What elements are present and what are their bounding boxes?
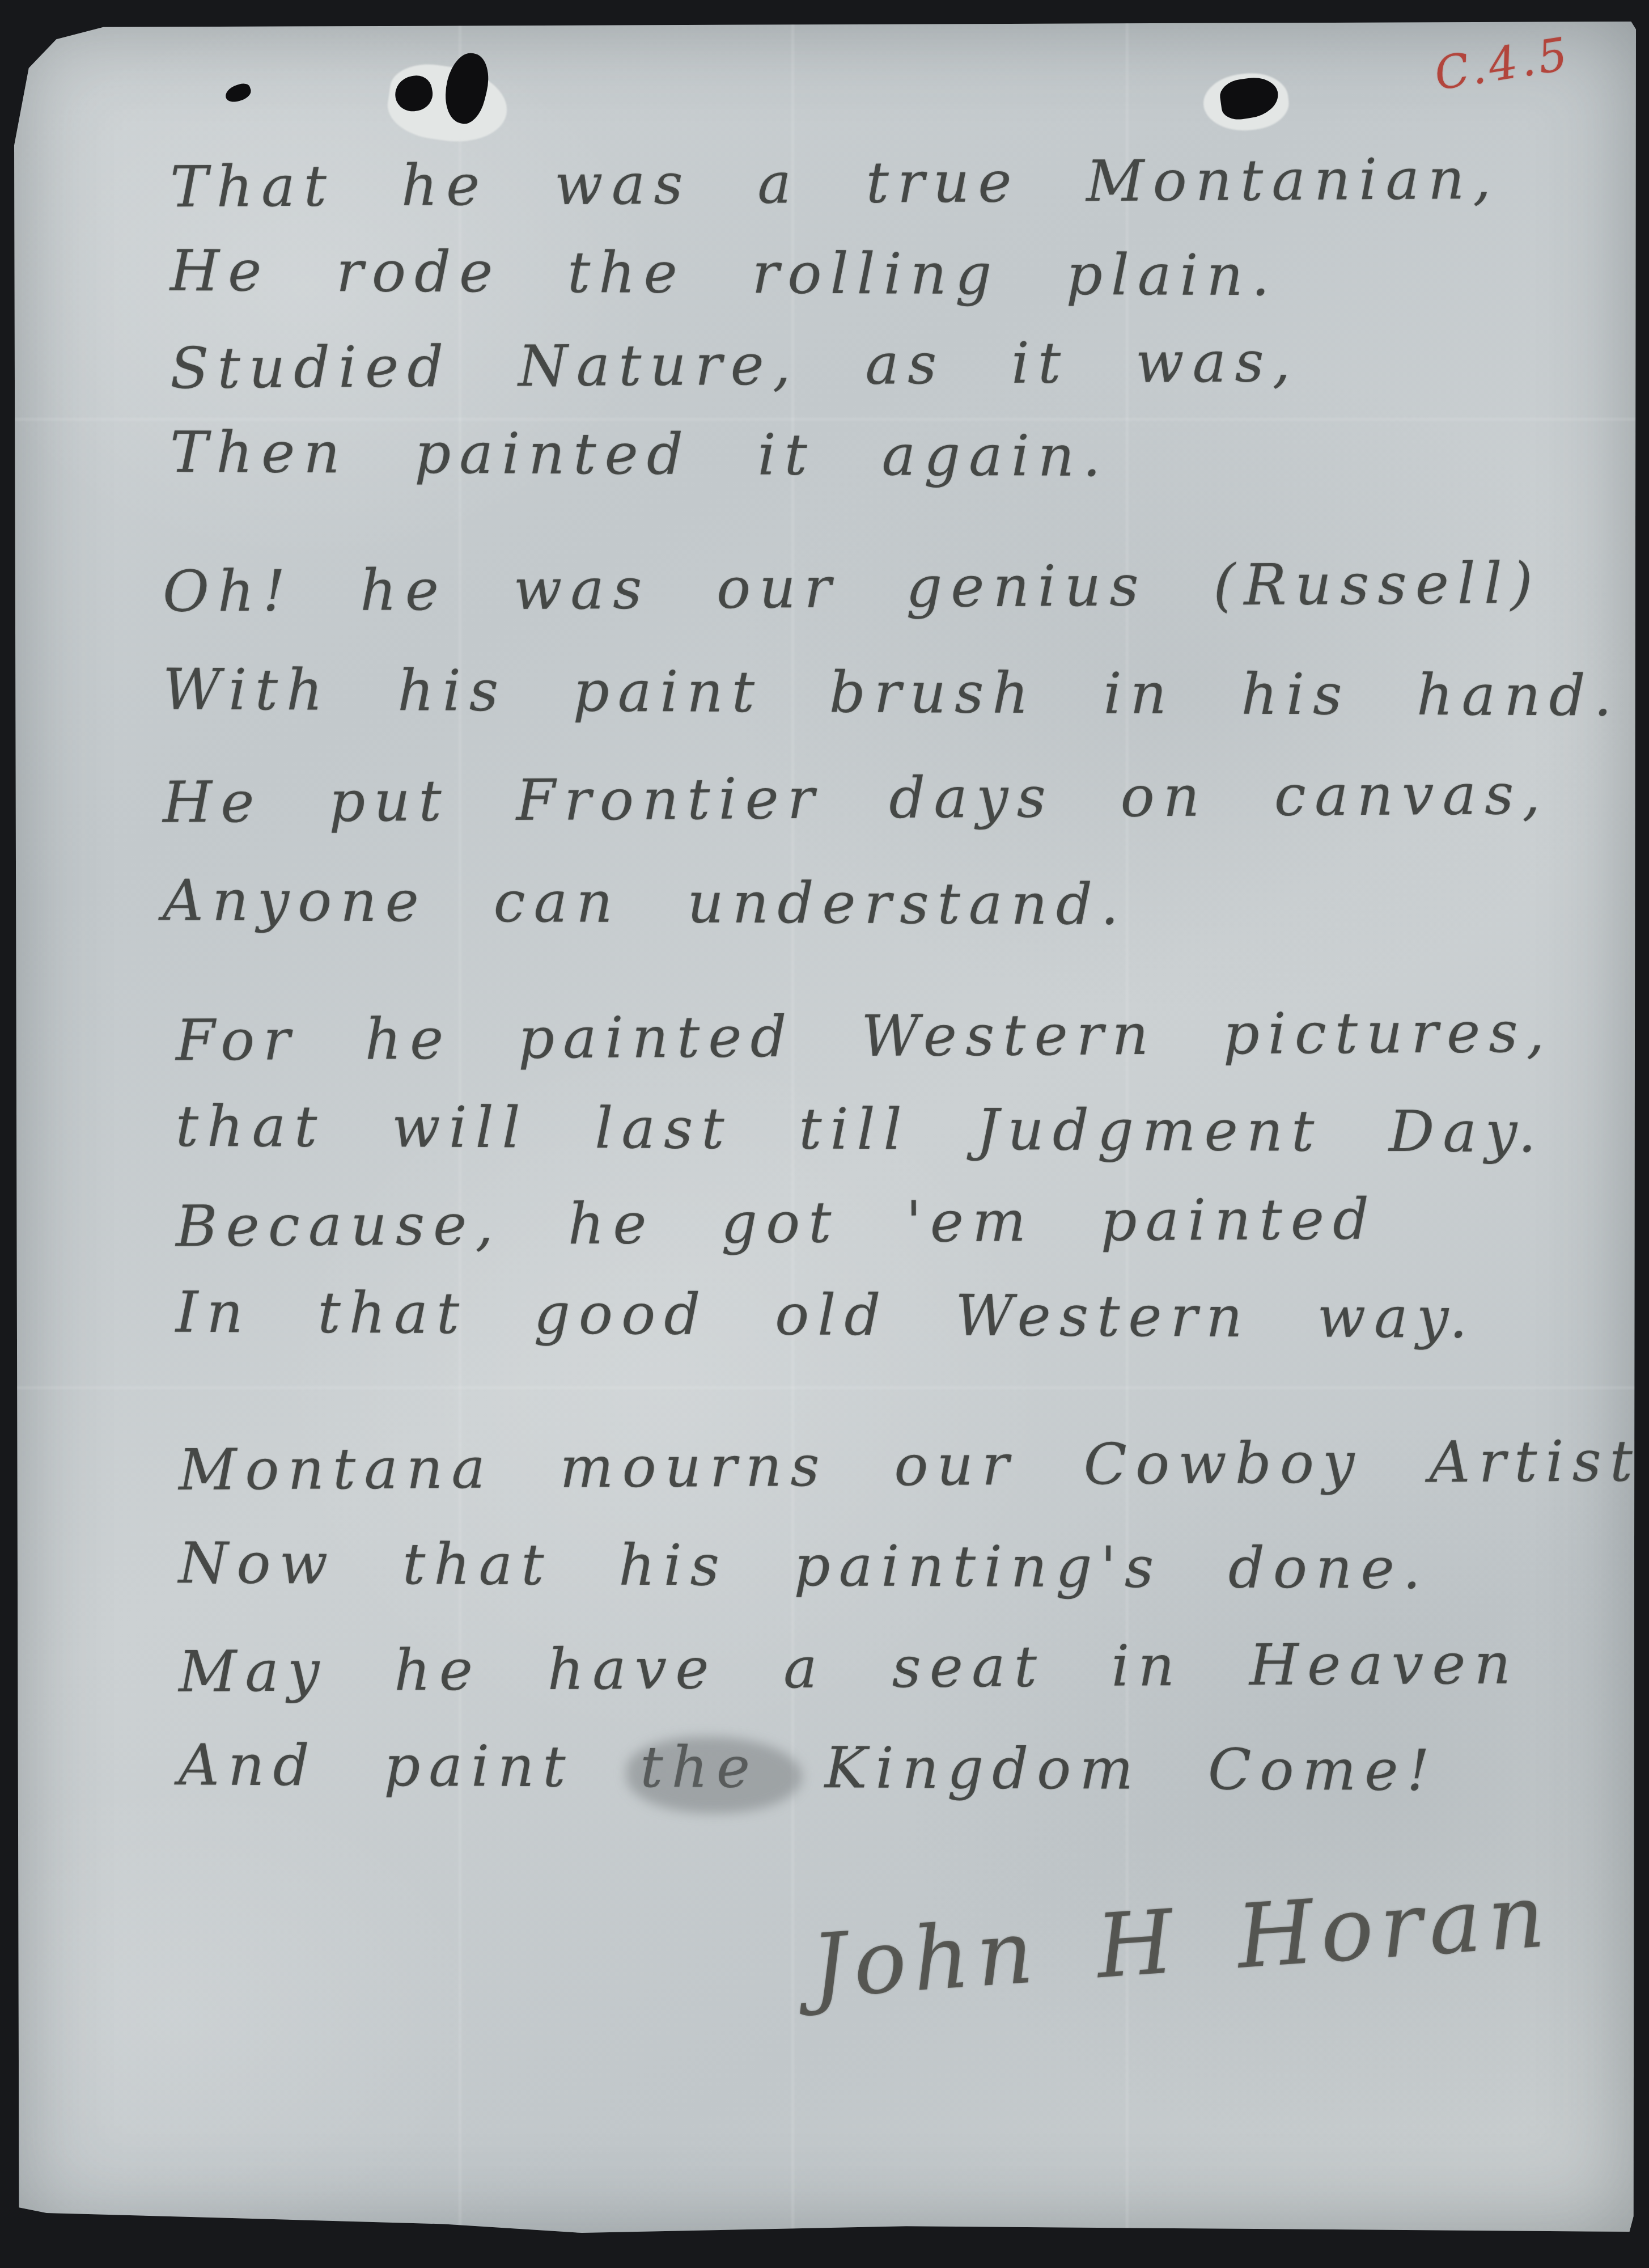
poem-line: With his paint brush in his hand.	[163, 637, 1621, 748]
poem-line: Now that his painting's done.	[179, 1513, 1642, 1620]
poem-line: That he was a true Montanian,	[170, 134, 1500, 232]
poem-stanza-4: Montana mourns our Cowboy Artist Now tha…	[179, 1415, 1641, 1819]
poem-line: For he painted Western pictures,	[176, 986, 1553, 1088]
poem-line: Then painted it again.	[170, 407, 1500, 503]
poem-line: Montana mourns our Cowboy Artist	[178, 1411, 1641, 1521]
poem-line: May he have a seat in Heaven	[178, 1613, 1641, 1723]
letter-page: C.4.5 That he was a true Montanian, He r…	[14, 22, 1636, 2234]
photograph-background: C.4.5 That he was a true Montanian, He r…	[0, 0, 1649, 2268]
poem-stanza-2: Oh! he was our genius (Russell) With his…	[163, 535, 1621, 957]
poem-line: And paint the Kingdom Come!	[179, 1715, 1642, 1822]
paper-hole	[223, 82, 253, 105]
poem-stanza-1: That he was a true Montanian, He rode th…	[170, 138, 1499, 501]
poem-line: He rode the rolling plain.	[170, 226, 1500, 322]
erasure-smudge	[626, 1737, 802, 1813]
poem-stanza-3: For he painted Western pictures, that wi…	[176, 990, 1553, 1362]
signature: John H Horan	[808, 1864, 1554, 2019]
poem-line: Studied Nature, as it was,	[170, 315, 1500, 414]
horizontal-fold-crease	[14, 1387, 1636, 1389]
archival-mark: C.4.5	[1431, 27, 1574, 101]
poem-line: Anyone can understand.	[163, 848, 1621, 959]
poem-line: Oh! he was our genius (Russell)	[162, 530, 1621, 645]
poem-line: He put Frontier days on canvas,	[162, 741, 1621, 856]
poem-line: In that good old Western way.	[176, 1266, 1553, 1365]
poem-line: that will last till Judgment Day.	[176, 1080, 1553, 1179]
poem-line: Because, he got 'em painted	[176, 1172, 1553, 1273]
